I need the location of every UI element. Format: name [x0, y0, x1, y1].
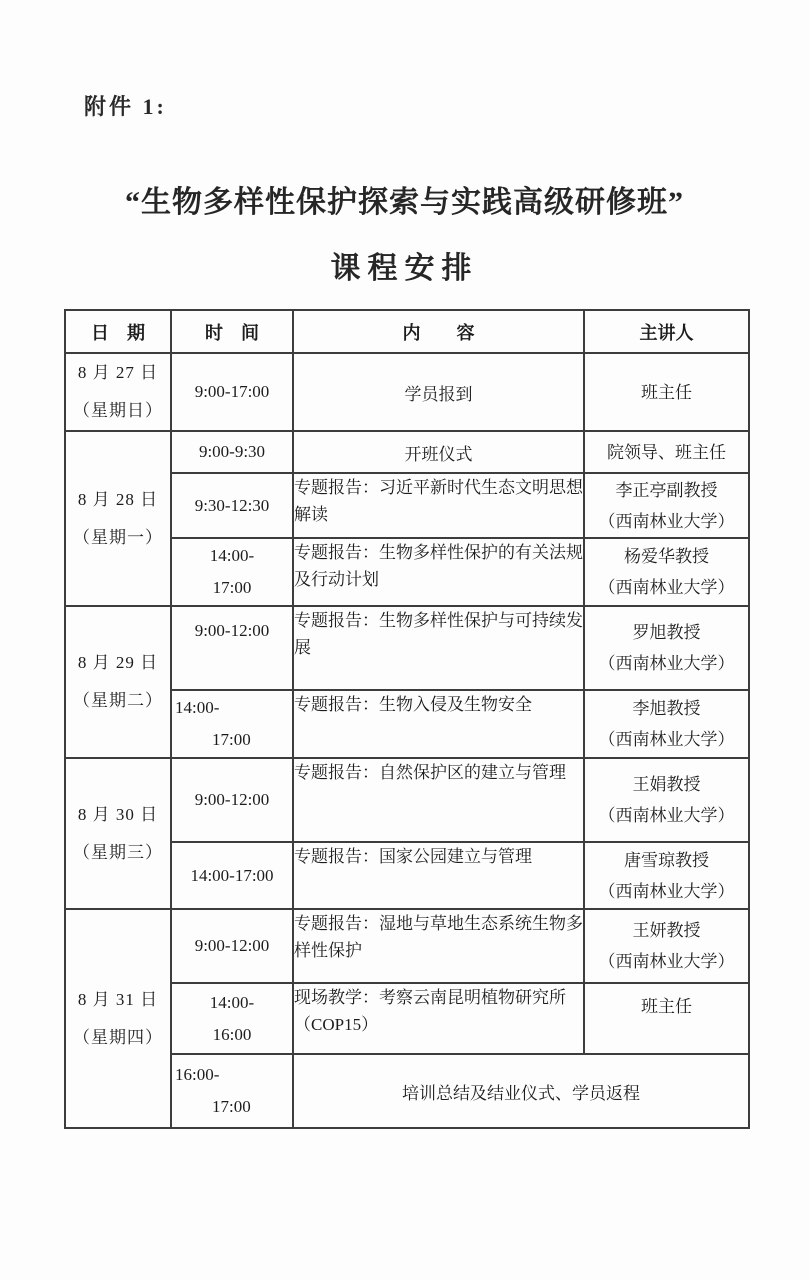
- header-speaker: 主讲人: [584, 310, 749, 353]
- header-content: 内 容: [293, 310, 584, 353]
- speaker-name: 李正亭副教授: [585, 475, 748, 506]
- speaker-affiliation: （西南林业大学）: [585, 572, 748, 603]
- time-end: 17:00: [172, 572, 292, 604]
- weekday-text: （星期一）: [66, 519, 170, 557]
- time-start: 14:00-: [172, 540, 292, 572]
- date-cell: 8 月 29 日 （星期二）: [65, 606, 171, 758]
- time-end: 17:00: [172, 1091, 292, 1123]
- speaker-affiliation: （西南林业大学）: [585, 800, 748, 831]
- weekday-text: （星期三）: [66, 834, 170, 872]
- speaker-name: 李旭教授: [585, 693, 748, 724]
- scanned-document-page: 附件 1: “生物多样性保护探索与实践高级研修班” 课程安排 日 期 时 间 内…: [0, 0, 809, 1280]
- table-header-row: 日 期 时 间 内 容 主讲人: [65, 310, 749, 353]
- speaker-name: 王妍教授: [585, 915, 748, 946]
- speaker-cell: 王娟教授 （西南林业大学）: [584, 758, 749, 842]
- speaker-cell: 班主任: [584, 983, 749, 1054]
- time-cell: 16:00- 17:00: [171, 1054, 293, 1128]
- content-cell: 专题报告：习近平新时代生态文明思想解读: [293, 473, 584, 538]
- speaker-name: 杨爱华教授: [585, 541, 748, 572]
- time-cell: 9:00-12:00: [171, 909, 293, 983]
- time-cell: 14:00-17:00: [171, 842, 293, 909]
- content-cell: 专题报告：生物入侵及生物安全: [293, 690, 584, 758]
- time-cell: 9:00-12:00: [171, 758, 293, 842]
- time-cell: 9:00-9:30: [171, 431, 293, 473]
- speaker-affiliation: （西南林业大学）: [585, 506, 748, 537]
- date-text: 8 月 29 日: [66, 644, 170, 682]
- date-text: 8 月 28 日: [66, 481, 170, 519]
- speaker-affiliation: （西南林业大学）: [585, 648, 748, 679]
- content-cell: 培训总结及结业仪式、学员返程: [293, 1054, 749, 1128]
- time-start: 16:00-: [172, 1059, 292, 1091]
- speaker-cell: 班主任: [584, 353, 749, 431]
- header-time: 时 间: [171, 310, 293, 353]
- document-title: “生物多样性保护探索与实践高级研修班”: [0, 177, 809, 221]
- speaker-affiliation: （西南林业大学）: [585, 876, 748, 907]
- date-text: 8 月 30 日: [66, 796, 170, 834]
- weekday-text: （星期日）: [66, 392, 170, 430]
- speaker-name: 唐雪琼教授: [585, 845, 748, 876]
- time-end: 16:00: [172, 1019, 292, 1051]
- time-start: 14:00-: [172, 987, 292, 1019]
- speaker-cell: 罗旭教授 （西南林业大学）: [584, 606, 749, 690]
- content-cell: 专题报告：生物多样性保护与可持续发展: [293, 606, 584, 690]
- time-cell: 14:00- 16:00: [171, 983, 293, 1054]
- time-cell: 14:00- 17:00: [171, 538, 293, 606]
- speaker-cell: 李正亭副教授 （西南林业大学）: [584, 473, 749, 538]
- date-cell: 8 月 31 日 （星期四）: [65, 909, 171, 1128]
- document-subtitle: 课程安排: [0, 243, 809, 287]
- time-end: 17:00: [172, 724, 292, 756]
- table-row: 8 月 28 日 （星期一） 9:00-9:30 开班仪式 院领导、班主任: [65, 431, 749, 473]
- date-cell: 8 月 30 日 （星期三）: [65, 758, 171, 909]
- time-cell: 9:00-17:00: [171, 353, 293, 431]
- speaker-name: 罗旭教授: [585, 617, 748, 648]
- content-cell: 专题报告：自然保护区的建立与管理: [293, 758, 584, 842]
- date-cell: 8 月 28 日 （星期一）: [65, 431, 171, 606]
- content-cell: 开班仪式: [293, 431, 584, 473]
- course-schedule-table: 日 期 时 间 内 容 主讲人 8 月 27 日 （星期日） 9:00-17:0…: [64, 309, 750, 1129]
- table-row: 8 月 27 日 （星期日） 9:00-17:00 学员报到 班主任: [65, 353, 749, 431]
- date-text: 8 月 31 日: [66, 981, 170, 1019]
- content-cell: 专题报告：生物多样性保护的有关法规及行动计划: [293, 538, 584, 606]
- speaker-cell: 王妍教授 （西南林业大学）: [584, 909, 749, 983]
- speaker-cell: 唐雪琼教授 （西南林业大学）: [584, 842, 749, 909]
- weekday-text: （星期二）: [66, 682, 170, 720]
- speaker-cell: 院领导、班主任: [584, 431, 749, 473]
- content-cell: 现场教学：考察云南昆明植物研究所（COP15）: [293, 983, 584, 1054]
- content-cell: 专题报告：国家公园建立与管理: [293, 842, 584, 909]
- content-cell: 专题报告：湿地与草地生态系统生物多样性保护: [293, 909, 584, 983]
- speaker-affiliation: （西南林业大学）: [585, 946, 748, 977]
- speaker-cell: 杨爱华教授 （西南林业大学）: [584, 538, 749, 606]
- speaker-cell: 李旭教授 （西南林业大学）: [584, 690, 749, 758]
- table-row: 8 月 29 日 （星期二） 9:00-12:00 专题报告：生物多样性保护与可…: [65, 606, 749, 690]
- speaker-name: 王娟教授: [585, 769, 748, 800]
- time-cell: 9:30-12:30: [171, 473, 293, 538]
- content-cell: 学员报到: [293, 353, 584, 431]
- weekday-text: （星期四）: [66, 1019, 170, 1057]
- date-cell: 8 月 27 日 （星期日）: [65, 353, 171, 431]
- date-text: 8 月 27 日: [66, 354, 170, 392]
- time-cell: 14:00- 17:00: [171, 690, 293, 758]
- header-date: 日 期: [65, 310, 171, 353]
- table-row: 8 月 30 日 （星期三） 9:00-12:00 专题报告：自然保护区的建立与…: [65, 758, 749, 842]
- attachment-label: 附件 1:: [84, 90, 167, 121]
- table-row: 8 月 31 日 （星期四） 9:00-12:00 专题报告：湿地与草地生态系统…: [65, 909, 749, 983]
- speaker-affiliation: （西南林业大学）: [585, 724, 748, 755]
- time-start: 14:00-: [172, 692, 292, 724]
- time-cell: 9:00-12:00: [171, 606, 293, 690]
